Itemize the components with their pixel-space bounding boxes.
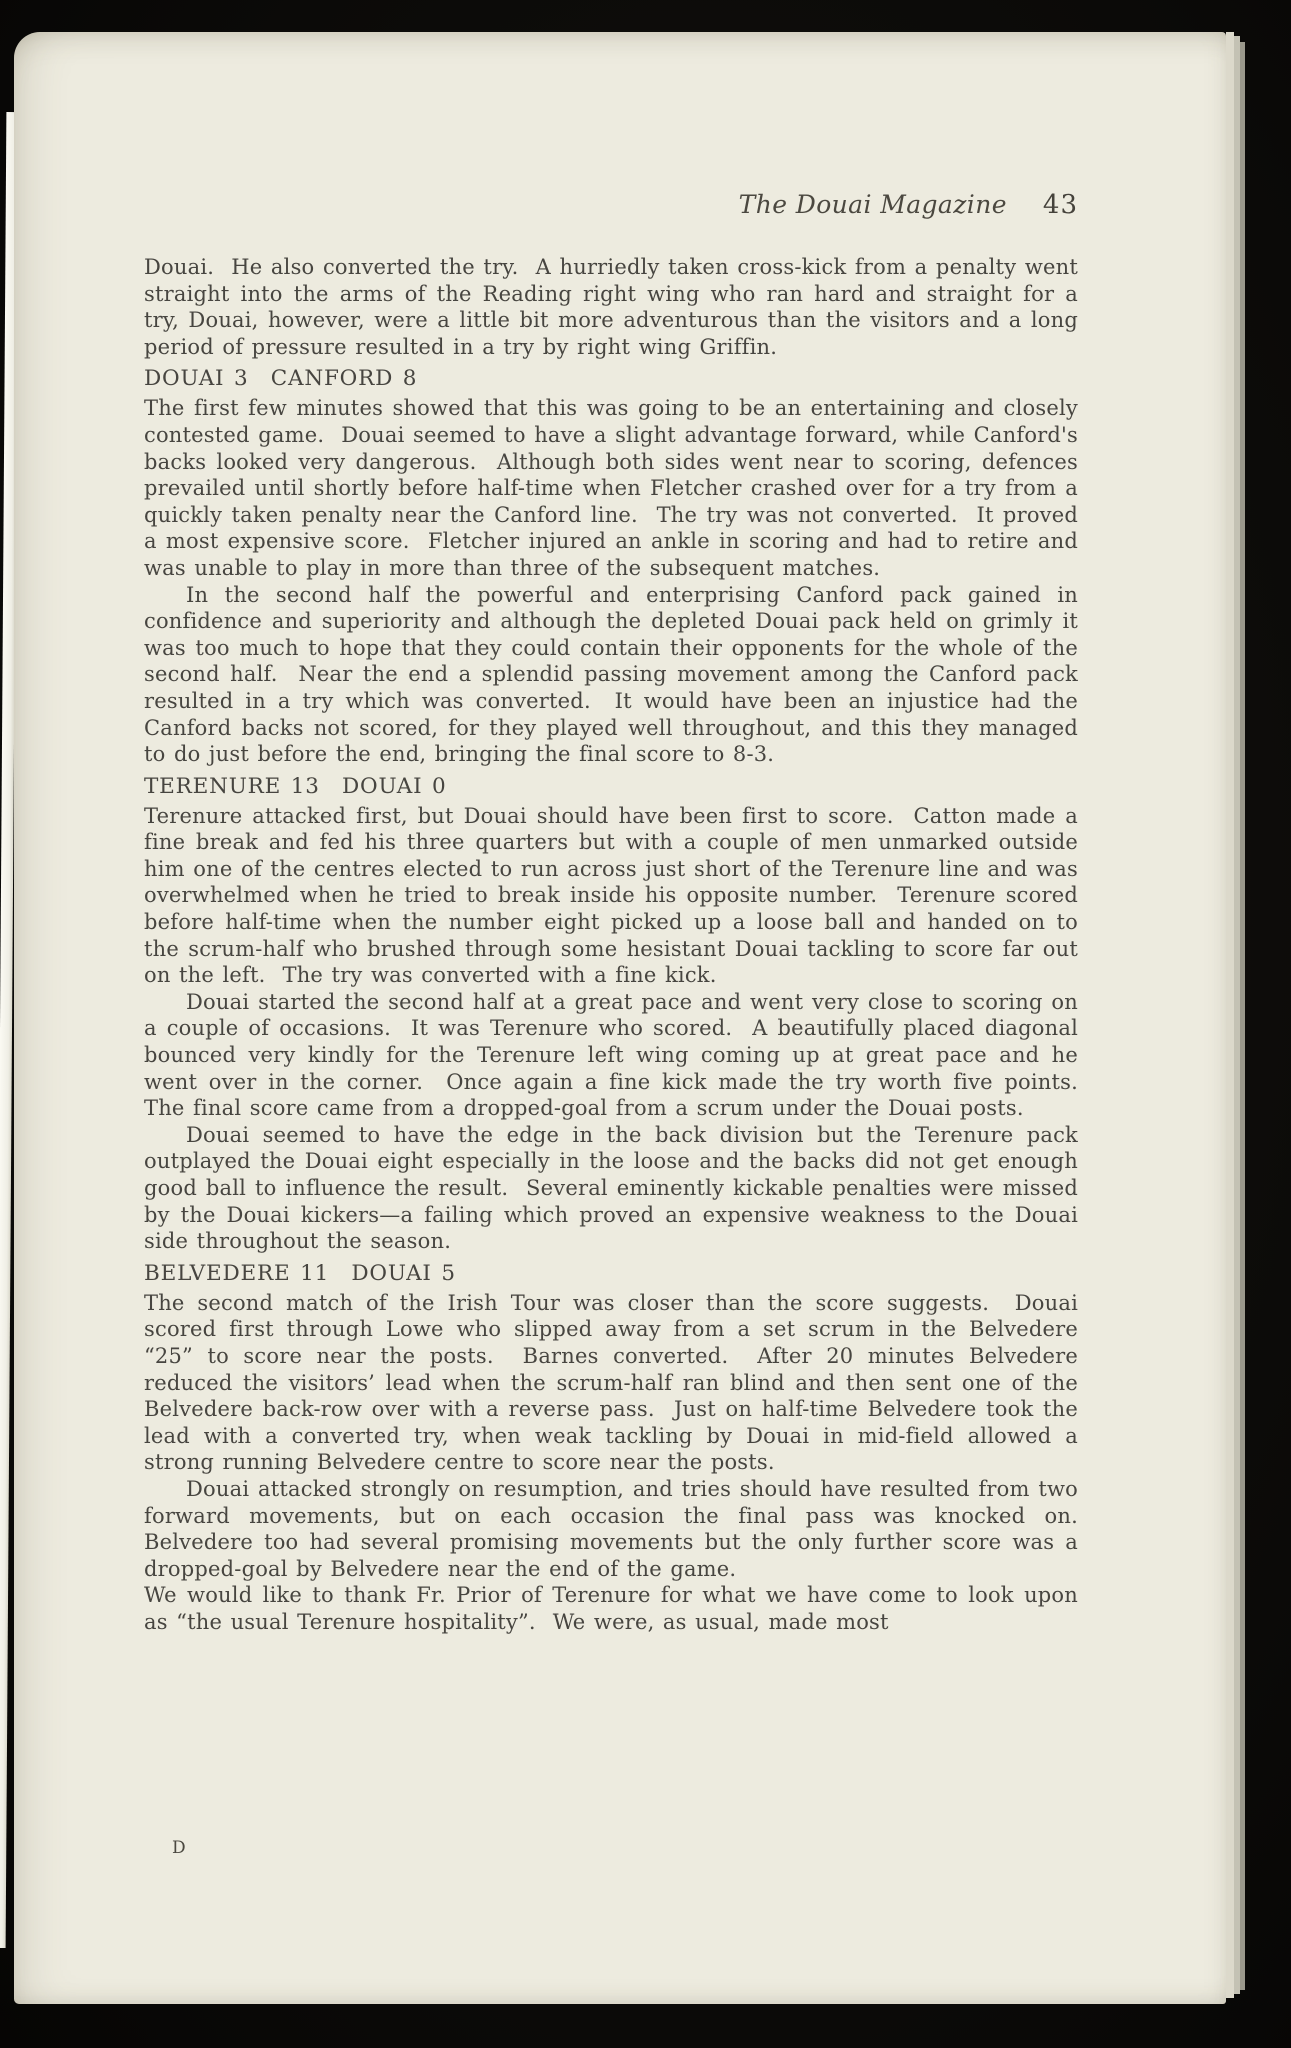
paragraph: Douai attacked strongly on resumption, a… (144, 1476, 1078, 1582)
paragraph: Douai seemed to have the edge in the bac… (144, 1122, 1078, 1255)
page-content: The Douai Magazine43 Douai. He also conv… (144, 190, 1078, 1636)
match-report-section: BELVEDERE 11 DOUAI 5 The second match of… (144, 1260, 1078, 1636)
paragraph: Douai. He also converted the try. A hurr… (144, 254, 1078, 360)
page-stack-edge (1240, 42, 1245, 1990)
match-report-section: DOUAI 3 CANFORD 8 The first few minutes … (144, 365, 1078, 767)
match-report-section: Douai. He also converted the try. A hurr… (144, 254, 1078, 360)
match-score-heading: TERENURE 13 DOUAI 0 (144, 773, 1078, 800)
journal-title: The Douai Magazine (739, 190, 1007, 219)
paragraph: Douai started the second half at a great… (144, 989, 1078, 1122)
magazine-page: The Douai Magazine43 Douai. He also conv… (14, 32, 1226, 2004)
page-stack-edge (1234, 36, 1240, 1994)
paragraph: We would like to thank Fr. Prior of Tere… (144, 1582, 1078, 1635)
match-report-section: TERENURE 13 DOUAI 0 Terenure attacked fi… (144, 773, 1078, 1255)
paragraph: The second match of the Irish Tour was c… (144, 1290, 1078, 1476)
paragraph: In the second half the powerful and ente… (144, 582, 1078, 768)
signature-mark: D (172, 1838, 187, 1858)
paragraph: The first few minutes showed that this w… (144, 395, 1078, 581)
paragraph: Terenure attacked first, but Douai shoul… (144, 803, 1078, 989)
match-score-heading: BELVEDERE 11 DOUAI 5 (144, 1260, 1078, 1287)
page-number: 43 (1043, 190, 1078, 220)
page-stack-edge (1226, 32, 1234, 1998)
running-header: The Douai Magazine43 (144, 190, 1078, 220)
match-score-heading: DOUAI 3 CANFORD 8 (144, 365, 1078, 392)
